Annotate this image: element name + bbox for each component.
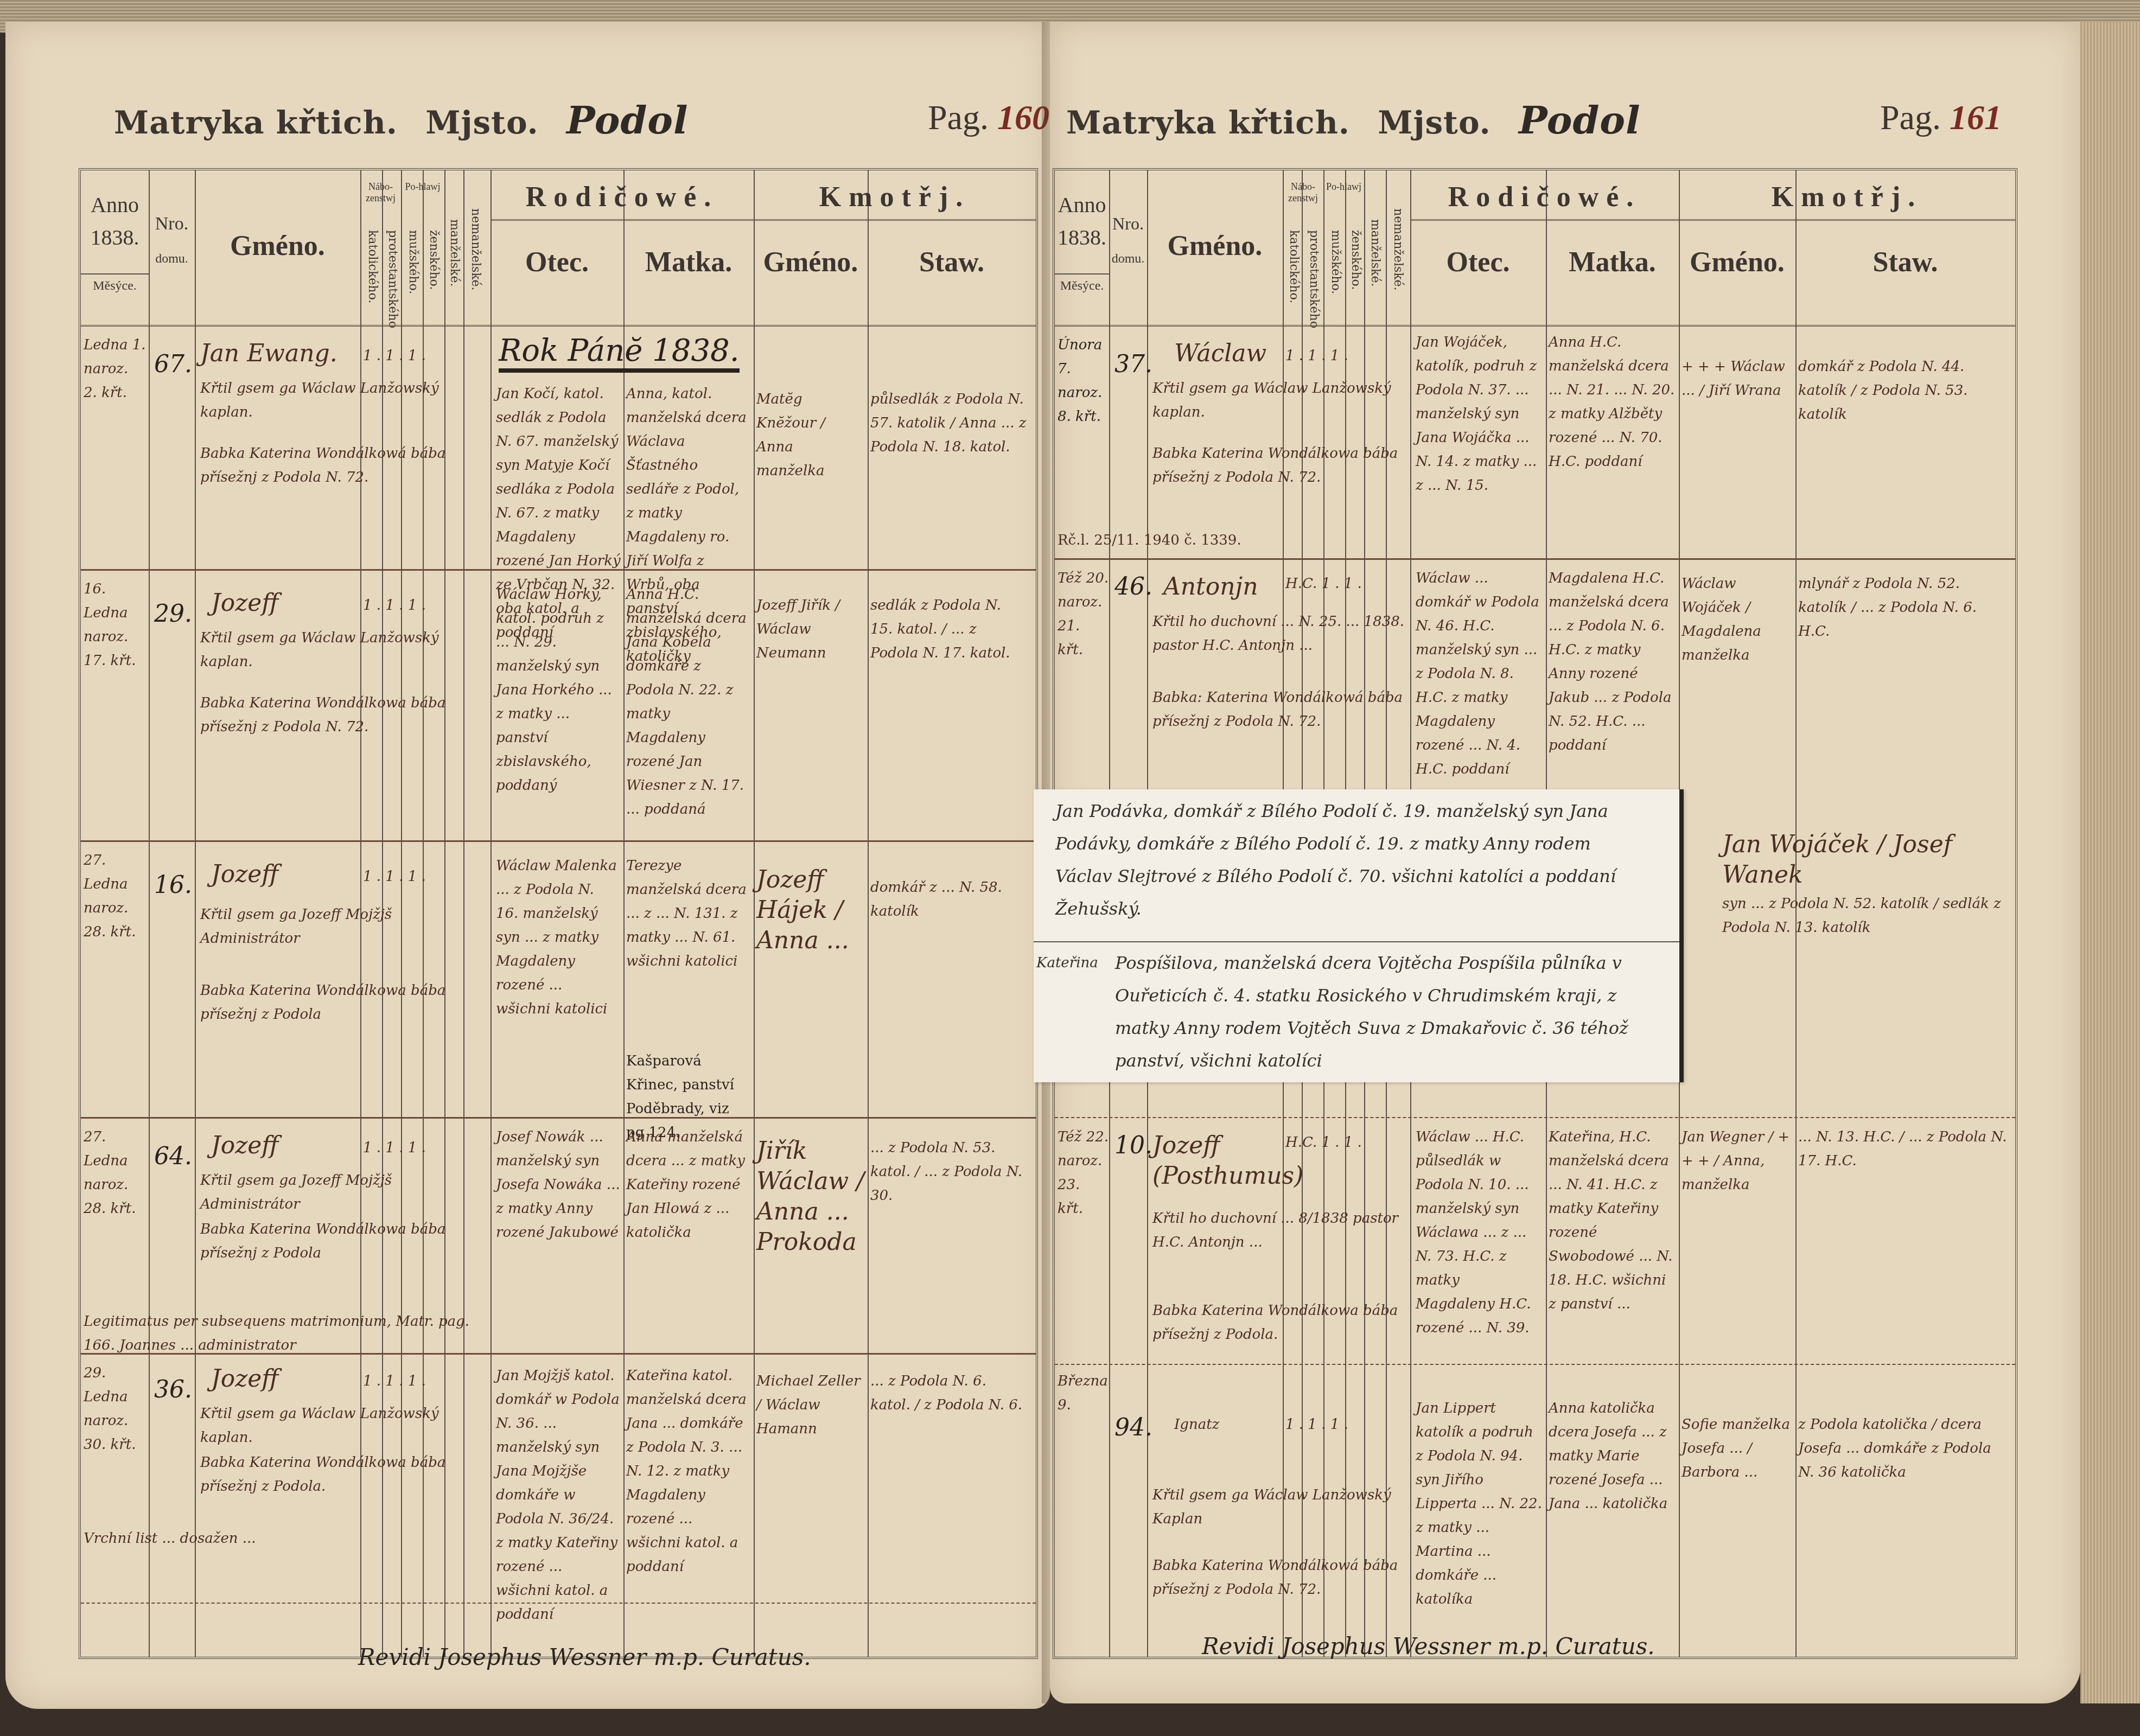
register-title: Matryka křtich. (114, 104, 398, 141)
entry-marks: 1 . 1 . 1 . (363, 344, 488, 368)
entry-child-name: Jozeff (211, 588, 358, 618)
header-catholic: katolického. (366, 230, 379, 303)
entry-date: Února 7. naroz. 8. křt. (1058, 333, 1109, 429)
entry-baptized-by: Křtil ho duchovní ... N. 25. ... 1838. p… (1152, 610, 1407, 658)
entry-godparent-status: půlsedlák z Podola N. 57. katolik / Anna… (870, 387, 1028, 459)
left-page-title: Matryka křtich. Mjsto. Podol (114, 98, 689, 143)
header-nro: Nro. (149, 214, 195, 234)
header-protestant: protestantského (1307, 230, 1321, 328)
header-catholic: katolického. (1287, 230, 1301, 303)
header-father: Otec. (491, 246, 623, 278)
header-father: Otec. (1410, 246, 1546, 278)
header-months: Měsýce. (1055, 273, 1109, 293)
entry-child-name: Antonjn (1163, 572, 1283, 602)
entry-midwife: Babka: Katerina Wondálkowá bába přísežnj… (1152, 686, 1407, 733)
slip-adjacent-godparent: Jan Wojáček / Josef Wanek (1722, 829, 2004, 890)
entry-godparent-status: ... N. 13. H.C. / ... z Podola N. 17. H.… (1798, 1125, 2010, 1173)
entry-godparent: Matĕg Knĕžour / Anna manželka (756, 387, 865, 483)
entry-child-name: Jozeff (211, 1364, 358, 1394)
entry-baptized-by: Křtil gsem ga Jozeff Mojžjš Administráto… (200, 903, 482, 950)
header-domu: domu. (149, 252, 195, 266)
header-godparent-name: Gméno. (754, 246, 868, 278)
entry-godparent: + + + Wáclaw ... / Jiří Wrana (1682, 355, 1793, 403)
slip-adjacent-godparent-status: syn ... z Podola N. 52. katolík / sedlák… (1722, 892, 2004, 940)
entry-baptized-by: Křtil gsem ga Wáclaw Lanžowský kaplan. (200, 1402, 482, 1450)
entry-marks: 1 . 1 . 1 . (363, 1136, 488, 1160)
header-legitimate: manželské. (448, 219, 461, 286)
entry-godparent-status: domkář z ... N. 58. katolík (870, 876, 1028, 923)
entry-godparent-status: z Podola katolička / dcera Josefa ... do… (1798, 1413, 2010, 1484)
entry-godparent: Jiřík Wáclaw / Anna ... Prokoda (756, 1136, 865, 1258)
place-label: Mjsto. (425, 104, 539, 141)
entry-date: Března 9. (1058, 1369, 1109, 1417)
entry-date: 27. Ledna naroz. 28. křt. (84, 848, 146, 944)
entry-godparent: Jozeff Jiřík / Wáclaw Neumann (756, 593, 865, 665)
left-page-number: Pag. 160 (928, 98, 1049, 138)
place-name: Podol (566, 98, 689, 143)
place-name: Podol (1519, 98, 1641, 143)
header-male: mužského. (1329, 230, 1342, 294)
header-months: Měsýce. (81, 273, 149, 293)
header-parents: Rodičowé. (491, 181, 754, 213)
entry-child-name: Wáclaw (1174, 339, 1283, 369)
right-page-title: Matryka křtich. Mjsto. Podol (1066, 98, 1641, 143)
entry-mother: Kateřina, H.C. manželská dcera ... N. 41… (1549, 1125, 1676, 1316)
entry-midwife: Babka Katerina Wondálkowa bába přísežnj … (200, 979, 482, 1026)
header-mother: Matka. (623, 246, 754, 278)
entry-marks: 1 . 1 . 1 . (363, 593, 488, 617)
header-illegitimate: nemanželské. (1391, 208, 1405, 291)
entry-baptized-by: Křtil gsem ga Wáclaw Lanžowský Kaplan (1152, 1483, 1407, 1531)
entry-father: Wáclaw Horký, katol. podruh z ... N. 29.… (496, 583, 621, 797)
entry-father: Wáclaw ... H.C. půlsedlák w Podola N. 10… (1416, 1125, 1543, 1340)
entry-baptized-by: Křtil gsem ga Wáclaw Lanžowský kaplan. (200, 626, 482, 674)
right-page-number: Pag. 161 (1880, 98, 2002, 138)
header-illegitimate: nemanželské. (469, 208, 482, 291)
header-status: Staw. (1795, 246, 2015, 278)
entry-mother: Terezye manželská dcera ... z ... N. 131… (626, 854, 751, 973)
header-nro: Nro. (1109, 214, 1147, 234)
revision-signature: Revidi Josephus Wessner m.p. Curatus. (1202, 1633, 1655, 1660)
entry-house-number: 67. (154, 349, 192, 380)
entry-marks: H.C. 1 . 1 . (1285, 572, 1410, 596)
entry-house-number: 46. (1114, 572, 1152, 602)
entry-marks: H.C. 1 . 1 . (1285, 1131, 1410, 1154)
header-name: Gméno. (1147, 230, 1283, 262)
entry-date: Též 20. naroz. 21. křt. (1058, 566, 1109, 662)
header-female: ženského. (427, 230, 441, 290)
header-sex: Po-hlawj (401, 181, 444, 193)
page-number: 161 (1950, 98, 2002, 137)
entry-midwife: Babka Katerina Wondálkowa bába přísežnj … (1152, 442, 1407, 489)
entry-marks: 1 . 1 . 1 . (363, 1369, 488, 1393)
entry-date: 27. Ledna naroz. 28. křt. (84, 1125, 146, 1221)
header-anno: Anno (81, 192, 149, 218)
entry-father: Jan Wojáček, katolík, podruh z Podola N.… (1416, 330, 1543, 497)
entry-godparent-status: ... z Podola N. 53. katol. / ... z Podol… (870, 1136, 1028, 1208)
header-mother: Matka. (1546, 246, 1679, 278)
slip-margin-label: Kateřina (1036, 947, 1096, 979)
entry-godparent-status: ... z Podola N. 6. katol. / z Podola N. … (870, 1369, 1028, 1417)
entry-midwife: Babka Katerina Wondálkowá bába přísežnj … (200, 442, 482, 489)
entry-marks: 1 . 1 . 1 . (363, 865, 488, 889)
left-page: Matryka křtich. Mjsto. Podol Pag. 160 An… (5, 22, 1050, 1709)
page-label: Pag. (1880, 98, 1941, 137)
header-religion: Nábo-zenstwj (1283, 181, 1323, 204)
header-protestant: protestantského (386, 230, 399, 328)
entry-house-number: 10. (1114, 1131, 1152, 1161)
entry-date: 29. Ledna naroz. 30. křt. (84, 1361, 146, 1457)
entry-house-number: 37. (1114, 349, 1152, 380)
pasted-correction-slip: Jan Podávka, domkář z Bílého Podolí č. 1… (1034, 789, 1684, 1082)
entry-child-name: Jozeff (211, 859, 358, 890)
header-female: ženského. (1349, 230, 1362, 290)
entry-midwife: Babka Katerina Wondálkowa bába přísežnj … (200, 1217, 482, 1265)
book-fore-edge (2080, 22, 2140, 1703)
entry-father: Wáclaw ... domkář w Podola N. 46. H.C. m… (1416, 566, 1543, 781)
slip-paragraph-father: Jan Podávka, domkář z Bílého Podolí č. 1… (1055, 795, 1652, 925)
header-godparent-name: Gméno. (1679, 246, 1795, 278)
entry-father: Josef Nowák ... manželský syn Josefa Now… (496, 1125, 621, 1244)
entry-midwife: Babka Katerina Wondálkowá bába přísežnj … (1152, 1554, 1407, 1601)
entry-house-number: 94. (1114, 1413, 1152, 1443)
entry-godparent: Jan Wegner / + + + / Anna, manželka (1682, 1125, 1793, 1197)
header-domu: domu. (1109, 252, 1147, 266)
register-title: Matryka křtich. (1066, 104, 1350, 141)
header-religion: Nábo-zenstwj (360, 181, 401, 204)
entry-child-name: Jozeff (Posthumus) (1152, 1131, 1283, 1191)
entry-midwife: Babka Katerina Wondálkowa bába přísežnj … (200, 1451, 482, 1498)
entry-godparent-status: sedlák z Podola N. 15. katol. / ... z Po… (870, 593, 1028, 665)
entry-mother: Magdalena H.C. manželská dcera ... z Pod… (1549, 566, 1676, 757)
entry-baptized-by: Křtil ho duchovní ... 8/1838 pastor H.C.… (1152, 1207, 1407, 1254)
header-godparents: Kmotřj. (754, 181, 1036, 213)
entry-mother: Anna katolička dcera Josefa ... z matky … (1549, 1396, 1676, 1516)
entry-godparent: Michael Zeller / Wáclaw Hamann (756, 1369, 865, 1441)
entry-godparent: Jozeff Hájek / Anna ... (756, 865, 865, 956)
entry-mother: Anna H.C. manželská dcera Jana Kobela do… (626, 583, 751, 821)
entry-baptized-by: Křtil gsem ga Jozeff Mojžjš Administráto… (200, 1169, 482, 1216)
entry-margin-note: Rč.l. 25/11. 1940 č. 1339. (1058, 528, 1329, 552)
entry-midwife: Babka Katerina Wondálkowa bába přísežnj … (1152, 1299, 1407, 1346)
entry-child-name: Jozeff (211, 1131, 358, 1161)
entry-baptized-by: Křtil gsem ga Wáclaw Lanžowský kaplan. (200, 376, 482, 424)
revision-signature: Revidi Josephus Wessner m.p. Curatus. (358, 1644, 811, 1670)
header-godparents: Kmotřj. (1679, 181, 2015, 213)
entry-house-number: 36. (154, 1375, 192, 1405)
header-anno: Anno (1055, 192, 1109, 218)
entry-godparent-status: domkář z Podola N. 44. katolík / z Podol… (1798, 355, 2010, 426)
entry-side-note: Legitimatus per subsequens matrimonium, … (84, 1310, 485, 1357)
entry-father: Wáclaw Malenka ... z Podola N. 16. manže… (496, 854, 621, 1021)
header-name: Gméno. (195, 230, 360, 262)
header-sex: Po-hlawj (1323, 181, 1364, 193)
entry-mother: Anna manželská dcera ... z matky Kateřin… (626, 1125, 751, 1244)
entry-father: Jan Mojžjš katol. domkář w Podola N. 36.… (496, 1364, 621, 1626)
entry-date: Ledna 1. naroz. 2. křt. (84, 333, 146, 405)
entry-godparent: Wáclaw Wojáček / Magdalena manželka (1682, 572, 1793, 667)
entry-father: Jan Lippert katolík a podruh z Podola N.… (1416, 1396, 1543, 1611)
entry-house-number: 16. (154, 870, 192, 901)
header-parents: Rodičowé. (1410, 181, 1679, 213)
entry-side-note: Vrchní list ... dosažen ... (84, 1527, 485, 1550)
entry-date: Též 22. naroz. 23. křt. (1058, 1125, 1109, 1221)
entry-godparent-status: mlynář z Podola N. 52. katolík / ... z P… (1798, 572, 2010, 643)
entry-marks: 1 . 1 . 1 . (1285, 1413, 1410, 1437)
entry-date: 16. Ledna naroz. 17. křt. (84, 577, 146, 673)
left-register-table: Anno 1838. Měsýce. Nro. domu. Gméno. Náb… (79, 168, 1038, 1659)
entry-mother: Anna H.C. manželská dcera ... N. 21. ...… (1549, 330, 1676, 474)
entry-baptized-by: Křtil gsem ga Wáclaw Lanžowský kaplan. (1152, 376, 1407, 424)
entry-midwife: Babka Katerina Wondálkowa bába přísežnj … (200, 691, 482, 739)
entry-child-name: Jan Ewang. (200, 339, 363, 369)
header-male: mužského. (406, 230, 420, 294)
page-label: Pag. (928, 98, 989, 137)
header-year: 1838. (81, 225, 149, 250)
entry-godparent: Sofie manželka Josefa ... / Barbora ... (1682, 1413, 1793, 1484)
header-status: Staw. (868, 246, 1036, 278)
place-label: Mjsto. (1378, 104, 1491, 141)
entry-marks: 1 . 1 . 1 . (1285, 344, 1410, 368)
header-year: 1838. (1055, 225, 1109, 250)
entry-child-name: Ignatz (1174, 1413, 1283, 1437)
header-legitimate: manželské. (1368, 219, 1382, 286)
entry-house-number: 64. (154, 1141, 192, 1172)
slip-paragraph-mother: Pospíšilova, manželská dcera Vojtěcha Po… (1115, 947, 1652, 1077)
entry-house-number: 29. (154, 599, 192, 629)
year-banner: Rok Pánĕ 1838. (499, 333, 740, 373)
entry-mother: Kateřina katol. manželská dcera Jana ...… (626, 1364, 751, 1579)
